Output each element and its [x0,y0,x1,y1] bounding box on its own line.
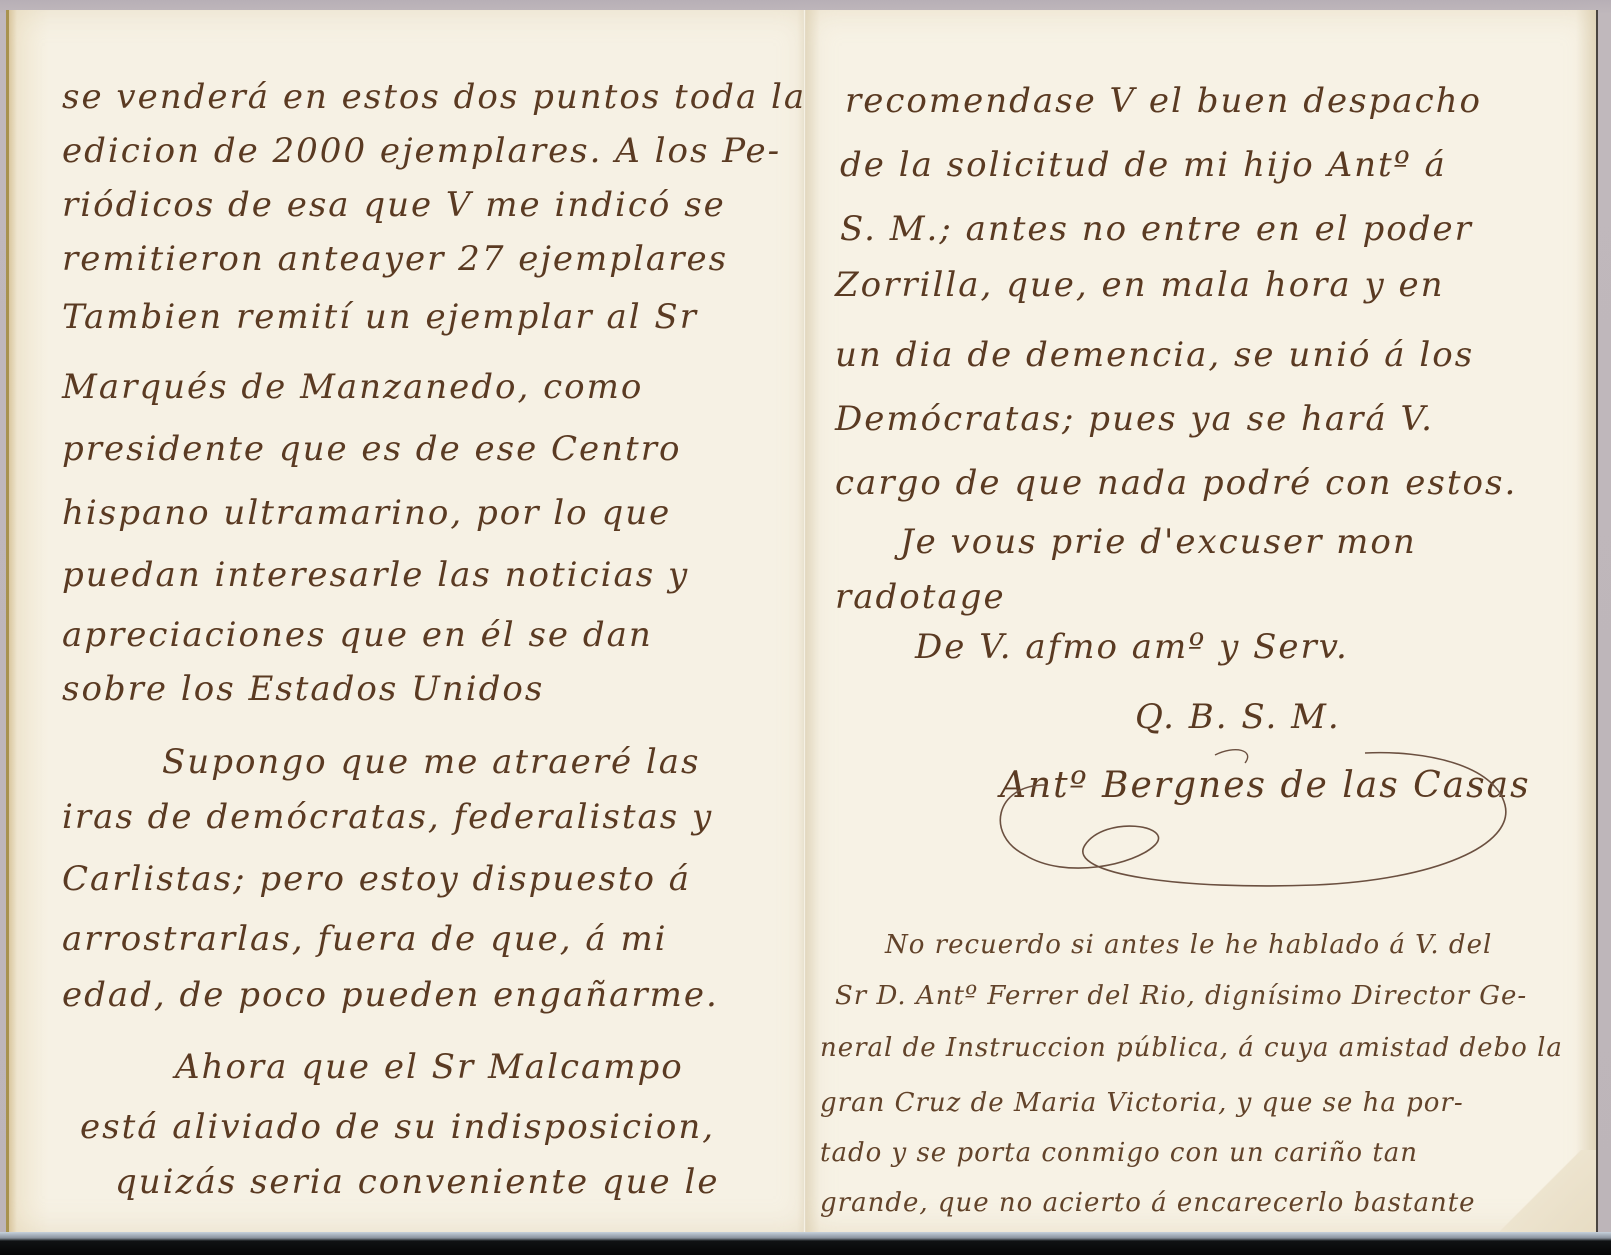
left-line-4: remitieron anteayer 27 ejemplares [62,242,728,276]
postscript-line-6: grande, que no acierto á encarecerlo bas… [820,1190,1476,1216]
right-line-7: cargo de que nada podré con estos. [835,466,1517,500]
left-line-2: edicion de 2000 ejemplares. A los Pe- [62,134,781,168]
left-line-13: iras de demócratas, federalistas y [62,800,713,834]
left-line-11: sobre los Estados Unidos [62,672,544,706]
left-line-8: hispano ultramarino, por lo que [62,496,671,530]
postscript-line-1: No recuerdo si antes le he hablado á V. … [885,932,1492,958]
left-line-19: quizás seria conveniente que le [115,1165,719,1199]
right-line-6: Demócratas; pues ya se hará V. [835,402,1434,436]
left-line-9: puedan interesarle las noticias y [62,558,689,592]
left-line-3: riódicos de esa que V me indicó se [62,188,726,222]
postscript-line-2: Sr D. Antº Ferrer del Rio, dignísimo Dir… [835,983,1527,1009]
left-line-12: Supongo que me atraeré las [162,745,700,779]
signature-flourish-icon [985,745,1525,890]
left-line-6: Marqués de Manzanedo, como [62,370,643,404]
right-line-4: Zorrilla, que, en mala hora y en [835,268,1445,302]
scanner-bottom-edge [0,1232,1611,1255]
closing-abbreviation: Q. B. S. M. [1135,700,1341,734]
left-line-14: Carlistas; pero estoy dispuesto á [62,862,691,896]
closing-salutation: De V. afmo amº y Serv. [915,630,1349,664]
postscript-line-5: tado y se porta conmigo con un cariño ta… [820,1140,1418,1166]
right-line-5: un dia de demencia, se unió á los [835,338,1474,372]
postscript-line-3: neral de Instruccion pública, á cuya ami… [820,1035,1563,1061]
left-line-16: edad, de poco pueden engañarme. [62,978,719,1012]
right-line-8: Je vous prie d'excuser mon [900,525,1417,559]
left-line-15: arrostrarlas, fuera de que, á mi [62,922,668,956]
left-line-5: Tambien remití un ejemplar al Sr [62,300,698,334]
right-line-9: radotage [835,580,1006,614]
left-line-10: apreciaciones que en él se dan [62,618,653,652]
left-line-18: está aliviado de su indisposicion, [80,1110,715,1144]
left-line-1: se venderá en estos dos puntos toda la [62,80,806,114]
page-fold [803,10,806,1232]
right-line-2: de la solicitud de mi hijo Antº á [840,148,1447,182]
right-line-1: recomendase V el buen despacho [845,84,1482,118]
left-line-17: Ahora que el Sr Malcampo [175,1050,684,1084]
folded-corner [1500,1150,1596,1232]
right-line-3: S. M.; antes no entre en el poder [840,212,1473,246]
postscript-line-4: gran Cruz de Maria Victoria, y que se ha… [820,1090,1464,1116]
left-line-7: presidente que es de ese Centro [62,432,681,466]
